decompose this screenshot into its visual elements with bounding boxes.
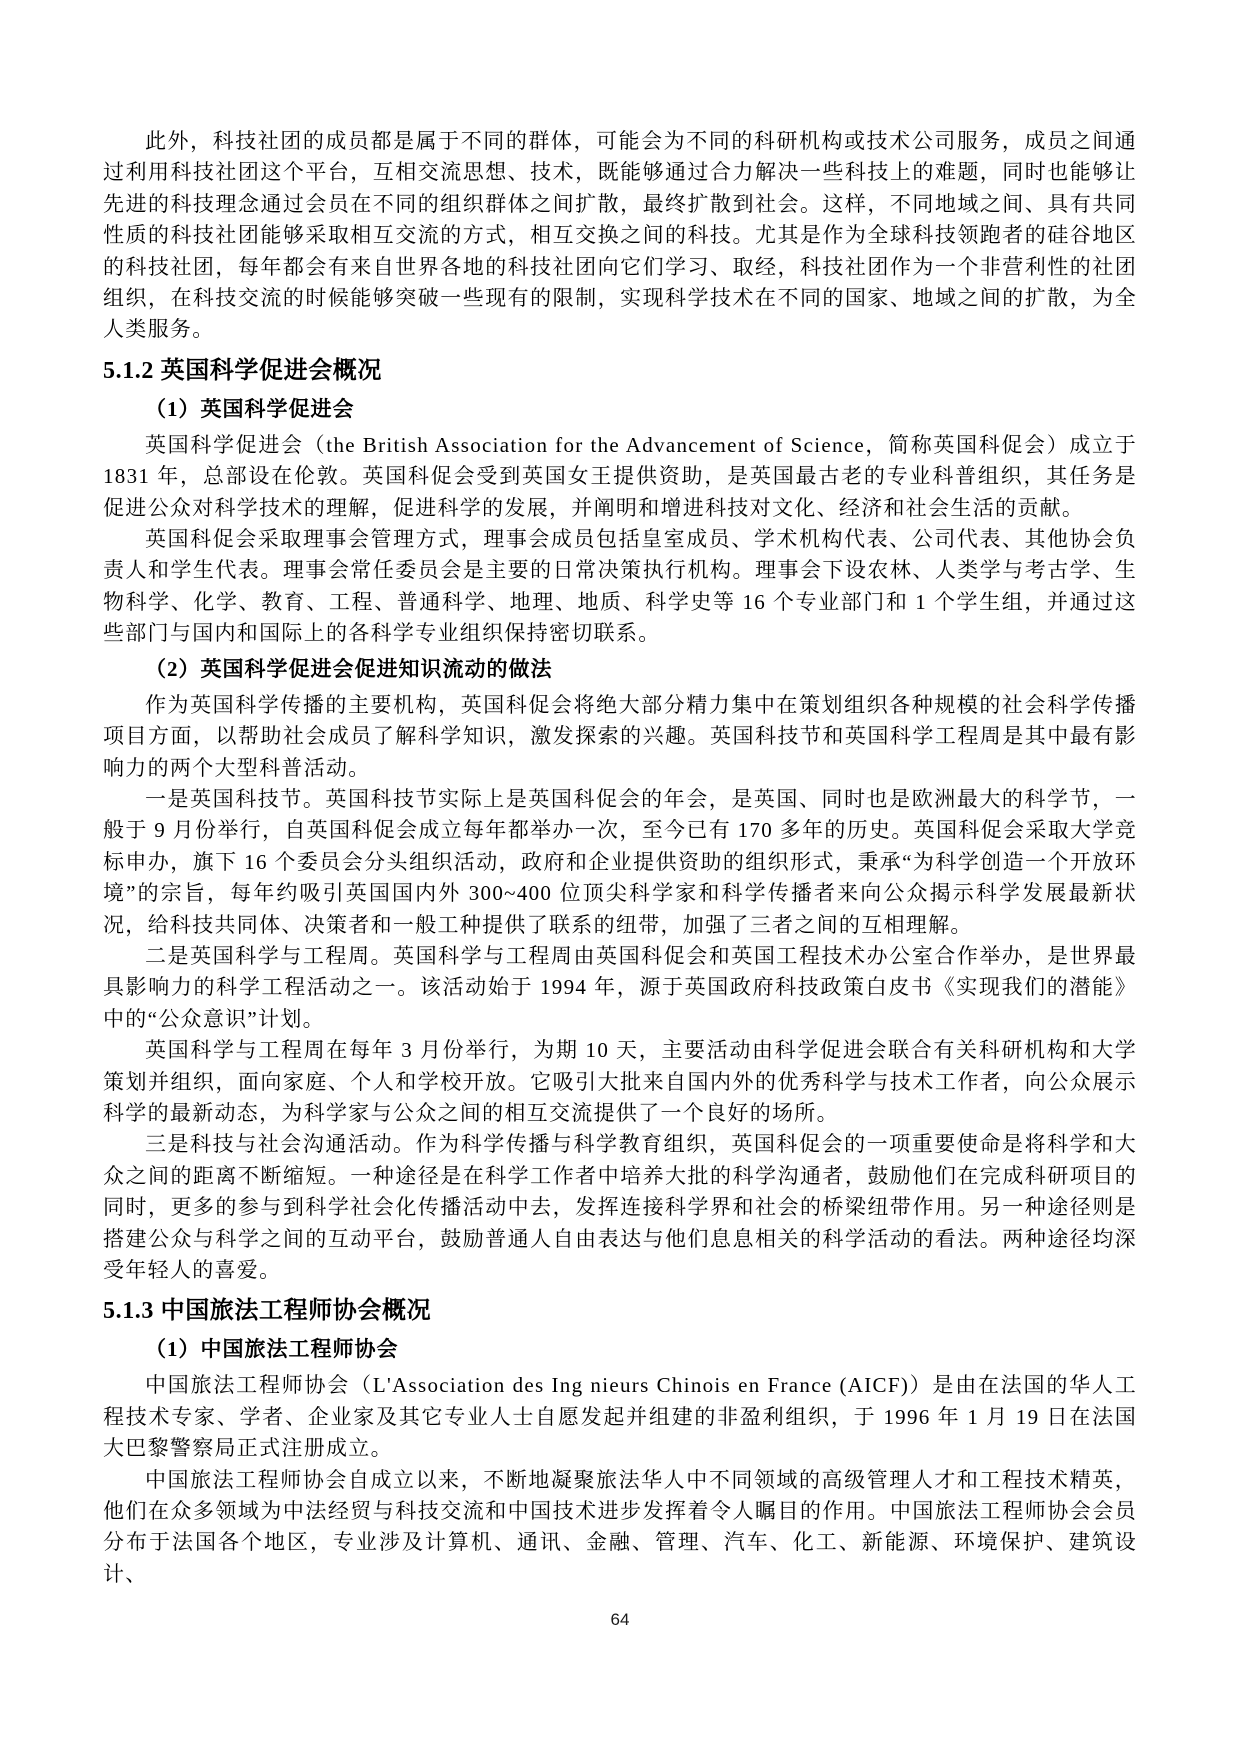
paragraph-aicf-1: 中国旅法工程师协会（L'Association des Ing nieurs C… [103, 1370, 1137, 1464]
paragraph-knowledge-flow-2: 一是英国科技节。英国科技节实际上是英国科促会的年会，是英国、同时也是欧洲最大的科… [103, 784, 1137, 941]
paragraph-aicf-2: 中国旅法工程师协会自成立以来，不断地凝聚旅法华人中不同领域的高级管理人才和工程技… [103, 1465, 1137, 1591]
paragraph-knowledge-flow-1: 作为英国科学传播的主要机构，英国科促会将绝大部分精力集中在策划组织各种规模的社会… [103, 690, 1137, 784]
document-page: 此外，科技社团的成员都是属于不同的群体，可能会为不同的科研机构或技术公司服务，成… [0, 0, 1240, 1753]
section-heading-5-1-3: 5.1.3 中国旅法工程师协会概况 [103, 1295, 1137, 1328]
page-number: 64 [0, 1610, 1240, 1630]
subheading-5-1-2-2: （2）英国科学促进会促进知识流动的做法 [103, 653, 1137, 685]
paragraph-knowledge-flow-3: 二是英国科学与工程周。英国科学与工程周由英国科促会和英国工程技术办公室合作举办，… [103, 941, 1137, 1035]
section-heading-5-1-2: 5.1.2 英国科学促进会概况 [103, 355, 1137, 388]
paragraph-knowledge-flow-5: 三是科技与社会沟通活动。作为科学传播与科学教育组织，英国科促会的一项重要使命是将… [103, 1129, 1137, 1286]
subheading-5-1-2-1: （1）英国科学促进会 [103, 393, 1137, 425]
document-body: 此外，科技社团的成员都是属于不同的群体，可能会为不同的科研机构或技术公司服务，成… [103, 126, 1137, 1590]
paragraph-knowledge-flow-4: 英国科学与工程周在每年 3 月份举行，为期 10 天，主要活动由科学促进会联合有… [103, 1035, 1137, 1129]
paragraph-baas-overview-1: 英国科学促进会（the British Association for the … [103, 430, 1137, 524]
paragraph-baas-overview-2: 英国科促会采取理事会管理方式，理事会成员包括皇室成员、学术机构代表、公司代表、其… [103, 524, 1137, 650]
paragraph-intro: 此外，科技社团的成员都是属于不同的群体，可能会为不同的科研机构或技术公司服务，成… [103, 126, 1137, 346]
subheading-5-1-3-1: （1）中国旅法工程师协会 [103, 1333, 1137, 1365]
